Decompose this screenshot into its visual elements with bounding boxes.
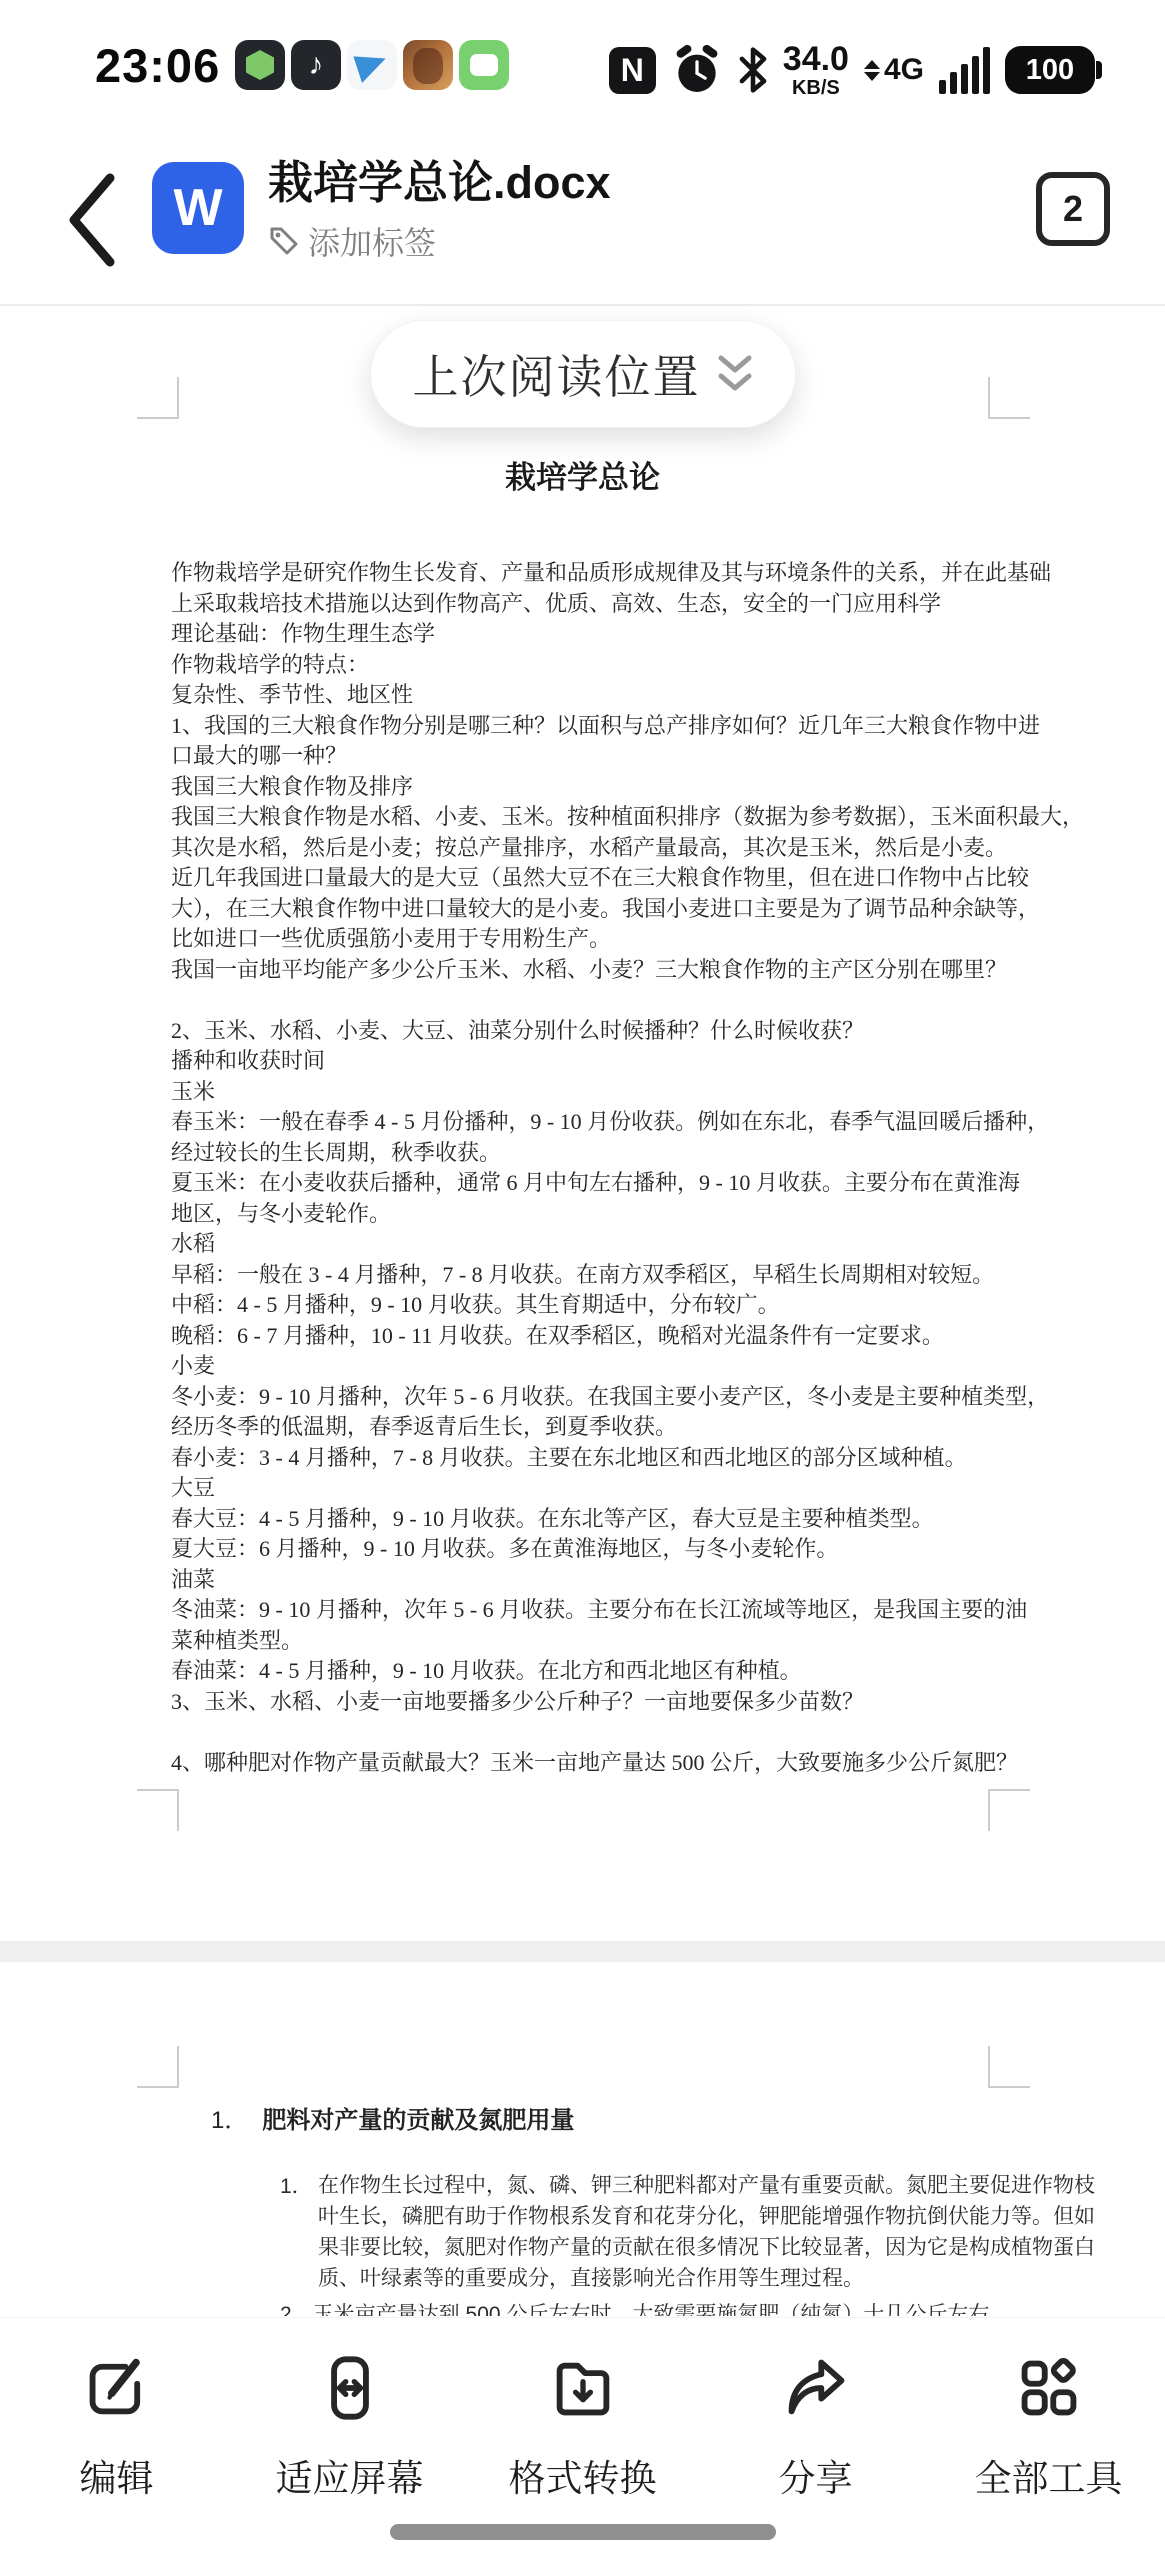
alarm-icon bbox=[671, 44, 723, 96]
doc-text-line: 大），在三大粮食作物中进口量较大的是小麦。我国小麦进口主要是为了调节品种余缺等， bbox=[171, 894, 1001, 925]
doc-text-line: 冬小麦：9 - 10 月播种，次年 5 - 6 月收获。在我国主要小麦产区，冬小… bbox=[171, 1382, 1001, 1413]
doc-text-line: 玉米 bbox=[171, 1077, 1001, 1108]
messages-app-icon bbox=[459, 40, 509, 90]
nfc-icon: N bbox=[609, 47, 656, 94]
doc-text-line: 近几年我国进口量最大的是大豆（虽然大豆不在三大粮食作物里，但在进口作物中占比较 bbox=[171, 863, 1001, 894]
page1-margin-mark-top-left bbox=[137, 377, 179, 419]
all-tools-button[interactable]: 全部工具 bbox=[932, 2318, 1165, 2560]
battery-icon: 100 bbox=[1005, 46, 1095, 94]
page-gap bbox=[0, 1941, 1165, 1962]
data-updown-icon bbox=[864, 60, 880, 81]
doc-text-line: 播种和收获时间 bbox=[171, 1046, 1001, 1077]
doc-text-line: 在作物生长过程中，氮、磷、钾三种肥料都对产量有重要贡献。氮肥主要促进作物枝 bbox=[318, 2170, 998, 2201]
doc-text-line: 水稻 bbox=[171, 1229, 1001, 1260]
telegram-app-icon bbox=[347, 40, 397, 90]
doc-text-line: 冬油菜：9 - 10 月播种，次年 5 - 6 月收获。主要分布在长江流域等地区… bbox=[171, 1595, 1001, 1626]
doc-text-line: 其次是水稻，然后是小麦；按总产量排序，水稻产量最高，其次是玉米，然后是小麦。 bbox=[171, 833, 1001, 864]
doc-text-line: 比如进口一些优质强筋小麦用于专用粉生产。 bbox=[171, 924, 1001, 955]
doc-text-line: 小麦 bbox=[171, 1351, 1001, 1382]
game-app-icon bbox=[403, 40, 453, 90]
add-tag-button[interactable]: 添加标签 bbox=[268, 218, 611, 264]
doc-text-line: 口最大的哪一种？ bbox=[171, 741, 1001, 772]
doc-heading: 栽培学总论 bbox=[0, 452, 1165, 497]
status-bar: 23:06 ♪ N 34.0 KB/S bbox=[0, 28, 1165, 112]
doc-text-line bbox=[171, 985, 1001, 1016]
doc-text-line: 果非要比较，氮肥对作物产量的贡献在很多情况下比较显著，因为它是构成植物蛋白 bbox=[318, 2232, 998, 2263]
all-tools-icon bbox=[1015, 2352, 1083, 2424]
doc-text-line bbox=[171, 1717, 1001, 1748]
doc-title: 栽培学总论.docx bbox=[268, 156, 611, 210]
network-speed: 34.0 KB/S bbox=[783, 42, 849, 98]
status-system-icons: N 34.0 KB/S 4G 100 bbox=[609, 34, 1095, 106]
page2-section-heading: 1． 肥料对产量的贡献及氮肥用量 bbox=[211, 2100, 574, 2135]
notification-app-icons: ♪ bbox=[235, 40, 509, 90]
toolbar-label: 格式转换 bbox=[509, 2448, 657, 2502]
doc-text-line: 春油菜：4 - 5 月播种，9 - 10 月收获。在北方和西北地区有种植。 bbox=[171, 1656, 1001, 1687]
list-item-number: 1． bbox=[280, 2170, 313, 2200]
page1-margin-mark-top-right bbox=[988, 377, 1030, 419]
edit-icon bbox=[83, 2352, 151, 2424]
doc-text-line: 上采取栽培技术措施以达到作物高产、优质、高效、生态，安全的一门应用科学 bbox=[171, 589, 1001, 620]
doc-text-line: 1、我国的三大粮食作物分别是哪三种？以面积与总产排序如何？近几年三大粮食作物中进 bbox=[171, 711, 1001, 742]
network-type: 4G bbox=[864, 53, 924, 87]
last-read-position-button[interactable]: 上次阅读位置 bbox=[370, 320, 796, 428]
chevron-double-down-icon bbox=[717, 352, 753, 396]
doc-text-line: 春玉米：一般在春季 4 - 5 月份播种，9 - 10 月份收获。例如在东北，春… bbox=[171, 1107, 1001, 1138]
toolbar-label: 编辑 bbox=[80, 2448, 154, 2502]
doc-text-line: 我国一亩地平均能产多少公斤玉米、水稻、小麦？三大粮食作物的主产区分别在哪里？ bbox=[171, 955, 1001, 986]
tag-icon bbox=[268, 225, 300, 257]
format-convert-icon bbox=[549, 2352, 617, 2424]
home-indicator[interactable] bbox=[390, 2524, 776, 2540]
heading-text: 肥料对产量的贡献及氮肥用量 bbox=[262, 2100, 574, 2135]
doc-text-line: 早稻：一般在 3 - 4 月播种，7 - 8 月收获。在南方双季稻区，早稻生长周… bbox=[171, 1260, 1001, 1291]
tiktok-app-icon: ♪ bbox=[291, 40, 341, 90]
doc-text-line: 春大豆：4 - 5 月播种，9 - 10 月收获。在东北等产区，春大豆是主要种植… bbox=[171, 1504, 1001, 1535]
doc-text-line: 作物栽培学的特点： bbox=[171, 650, 1001, 681]
doc-text-line: 夏玉米：在小麦收获后播种，通常 6 月中旬左右播种，9 - 10 月收获。主要分… bbox=[171, 1168, 1001, 1199]
clock-time: 23:06 bbox=[95, 38, 220, 93]
page2-margin-mark-top-left bbox=[137, 2046, 179, 2088]
page1-margin-mark-bottom-left bbox=[137, 1789, 179, 1831]
doc-text-line: 经历冬季的低温期，春季返青后生长，到夏季收获。 bbox=[171, 1412, 1001, 1443]
page2-margin-mark-top-right bbox=[988, 2046, 1030, 2088]
doc-text-line: 地区，与冬小麦轮作。 bbox=[171, 1199, 1001, 1230]
bluetooth-icon bbox=[738, 46, 768, 94]
doc-text-line: 油菜 bbox=[171, 1565, 1001, 1596]
word-doc-icon: W bbox=[152, 162, 244, 254]
doc-body-page1: 作物栽培学是研究作物生长发育、产量和品质形成规律及其与环境条件的关系，并在此基础… bbox=[171, 558, 1001, 1778]
header: W 栽培学总论.docx 添加标签 2 bbox=[0, 140, 1165, 304]
doc-text-line: 春小麦：3 - 4 月播种，7 - 8 月收获。主要在东北地区和西北地区的部分区… bbox=[171, 1443, 1001, 1474]
doc-text-line: 2、玉米、水稻、小麦、大豆、油菜分别什么时候播种？什么时候收获？ bbox=[171, 1016, 1001, 1047]
doc-text-line: 我国三大粮食作物是水稻、小麦、玉米。按种植面积排序（数据为参考数据），玉米面积最… bbox=[171, 802, 1001, 833]
doc-text-line: 理论基础：作物生理生态学 bbox=[171, 619, 1001, 650]
toolbar-label: 分享 bbox=[779, 2448, 853, 2502]
doc-text-line: 我国三大粮食作物及排序 bbox=[171, 772, 1001, 803]
fit-screen-icon bbox=[316, 2352, 384, 2424]
edit-button[interactable]: 编辑 bbox=[0, 2318, 233, 2560]
heading-number: 1． bbox=[211, 2100, 248, 2135]
screen: 23:06 ♪ N 34.0 KB/S bbox=[0, 0, 1165, 2560]
doc-text-line: 4、哪种肥对作物产量贡献最大？玉米一亩地产量达 500 公斤，大致要施多少公斤氮… bbox=[171, 1748, 1001, 1779]
doc-text-line: 作物栽培学是研究作物生长发育、产量和品质形成规律及其与环境条件的关系，并在此基础 bbox=[171, 558, 1001, 589]
doc-text-line: 经过较长的生长周期，秋季收获。 bbox=[171, 1138, 1001, 1169]
doc-body-page2: 在作物生长过程中，氮、磷、钾三种肥料都对产量有重要贡献。氮肥主要促进作物枝叶生长… bbox=[318, 2170, 998, 2294]
toolbar-label: 全部工具 bbox=[975, 2448, 1123, 2502]
doc-text-line: 质、叶绿素等的重要成分，直接影响光合作用等生理过程。 bbox=[318, 2263, 998, 2294]
truncated-text-line: 2．玉米亩产量达到 500 公斤左右时，大致需要施氮肥（纯氮）十几公斤左右。 bbox=[280, 2300, 1040, 2316]
page1-margin-mark-bottom-right bbox=[988, 1789, 1030, 1831]
signal-bars-icon bbox=[939, 46, 990, 94]
doc-text-line: 中稻：4 - 5 月播种，9 - 10 月收获。其生育期适中，分布较广。 bbox=[171, 1290, 1001, 1321]
doc-text-line: 叶生长，磷肥有助于作物根系发育和花芽分化，钾肥能增强作物抗倒伏能力等。但如 bbox=[318, 2201, 998, 2232]
security-app-icon bbox=[235, 40, 285, 90]
doc-text-line: 3、玉米、水稻、小麦一亩地要播多少公斤种子？一亩地要保多少苗数？ bbox=[171, 1687, 1001, 1718]
doc-text-line: 夏大豆：6 月播种，9 - 10 月收获。多在黄淮海地区，与冬小麦轮作。 bbox=[171, 1534, 1001, 1565]
doc-text-line: 大豆 bbox=[171, 1473, 1001, 1504]
doc-text-line: 菜种植类型。 bbox=[171, 1626, 1001, 1657]
doc-text-line: 晚稻：6 - 7 月播种，10 - 11 月收获。在双季稻区，晚稻对光温条件有一… bbox=[171, 1321, 1001, 1352]
toolbar-label: 适应屏幕 bbox=[276, 2448, 424, 2502]
back-button[interactable] bbox=[62, 170, 122, 270]
add-tag-label: 添加标签 bbox=[308, 218, 436, 264]
share-icon bbox=[782, 2352, 850, 2424]
doc-text-line: 复杂性、季节性、地区性 bbox=[171, 680, 1001, 711]
window-count-button[interactable]: 2 bbox=[1036, 172, 1110, 246]
